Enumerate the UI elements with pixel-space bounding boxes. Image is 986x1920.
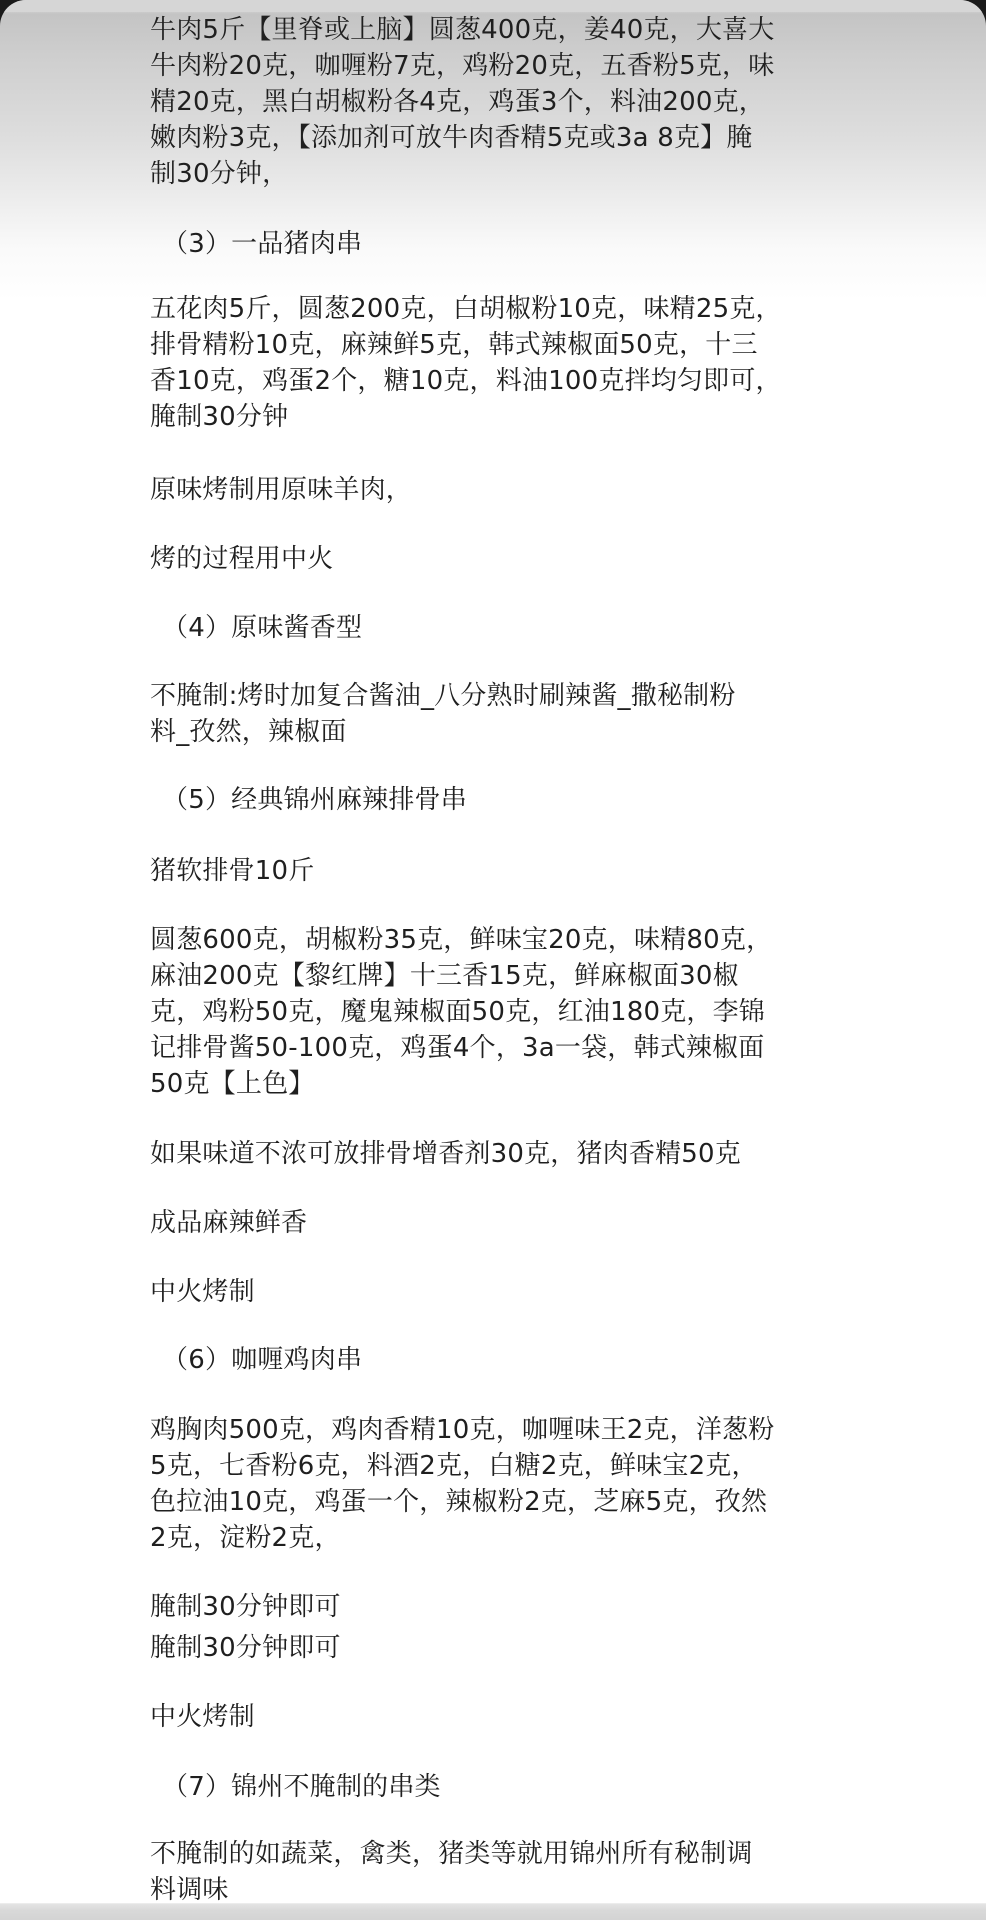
text-line: 记排骨酱50-100克，鸡蛋4个，3a一袋，韩式辣椒面 [150,1030,895,1066]
text-line: 精20克，黑白胡椒粉各4克，鸡蛋3个，料油200克， [150,84,895,120]
text-paragraph: 五花肉5斤，圆葱200克，白胡椒粉10克，味精25克，排骨精粉10克，麻辣鲜5克… [150,291,895,435]
text-line: 克，鸡粉50克，魔鬼辣椒面50克，红油180克，李锦 [150,994,895,1030]
text-line: 成品麻辣鲜香 [150,1205,895,1241]
text-paragraph: 成品麻辣鲜香 [150,1205,895,1241]
text-line: 腌制30分钟即可 [150,1589,895,1625]
text-line: 不腌制:烤时加复合酱油_八分熟时刷辣酱_撒秘制粉 [150,678,895,714]
text-line: 中火烤制 [150,1699,895,1735]
section-heading: （4）原味酱香型 [150,610,907,646]
text-line: （4）原味酱香型 [162,610,907,646]
text-line: 香10克，鸡蛋2个，糖10克，料油100克拌均匀即可， [150,363,895,399]
text-paragraph: 烤的过程用中火 [150,541,895,577]
section-heading: （7）锦州不腌制的串类 [150,1769,907,1805]
text-line: 圆葱600克，胡椒粉35克，鲜味宝20克，味精80克， [150,922,895,958]
text-paragraph: 中火烤制 [150,1699,895,1735]
text-line: 鸡胸肉500克，鸡肉香精10克，咖喱味王2克，洋葱粉 [150,1412,895,1448]
text-line: 腌制30分钟即可 [150,1630,895,1666]
text-paragraph: 腌制30分钟即可 [150,1589,895,1625]
text-line: 排骨精粉10克，麻辣鲜5克，韩式辣椒面50克，十三 [150,327,895,363]
text-line: 猪软排骨10斤 [150,853,895,889]
text-line: 嫩肉粉3克，【添加剂可放牛肉香精5克或3a 8克】腌 [150,120,895,156]
text-paragraph: 原味烤制用原味羊肉， [150,472,895,508]
text-line: 中火烤制 [150,1274,895,1310]
text-paragraph: 如果味道不浓可放排骨增香剂30克，猪肉香精50克 [150,1136,895,1172]
section-heading: （3）一品猪肉串 [150,226,907,262]
text-line: 料_孜然，辣椒面 [150,714,895,750]
text-paragraph: 不腌制的如蔬菜，禽类，猪类等就用锦州所有秘制调料调味 [150,1836,895,1908]
top-edge-band [0,0,986,12]
bottom-edge-bar [0,1903,986,1920]
section-heading: （5）经典锦州麻辣排骨串 [150,782,907,818]
text-line: 制30分钟， [150,156,895,192]
text-paragraph: 腌制30分钟即可 [150,1630,895,1666]
text-paragraph: 圆葱600克，胡椒粉35克，鲜味宝20克，味精80克，麻油200克【黎红牌】十三… [150,922,895,1102]
text-paragraph: 猪软排骨10斤 [150,853,895,889]
text-line: 腌制30分钟 [150,399,895,435]
text-line: 牛肉粉20克，咖喱粉7克，鸡粉20克，五香粉5克，味 [150,48,895,84]
text-paragraph: 牛肉5斤【里脊或上脑】圆葱400克，姜40克，大喜大牛肉粉20克，咖喱粉7克，鸡… [150,12,895,192]
text-line: 原味烤制用原味羊肉， [150,472,895,508]
text-line: 如果味道不浓可放排骨增香剂30克，猪肉香精50克 [150,1136,895,1172]
text-line: （5）经典锦州麻辣排骨串 [162,782,907,818]
text-line: （7）锦州不腌制的串类 [162,1769,907,1805]
text-line: （6）咖喱鸡肉串 [162,1342,907,1378]
document-page: 牛肉5斤【里脊或上脑】圆葱400克，姜40克，大喜大牛肉粉20克，咖喱粉7克，鸡… [0,0,986,1920]
text-line: 不腌制的如蔬菜，禽类，猪类等就用锦州所有秘制调 [150,1836,895,1872]
text-line: （3）一品猪肉串 [162,226,907,262]
text-paragraph: 鸡胸肉500克，鸡肉香精10克，咖喱味王2克，洋葱粉5克，七香粉6克，料酒2克，… [150,1412,895,1556]
text-line: 麻油200克【黎红牌】十三香15克，鲜麻椒面30椒 [150,958,895,994]
text-line: 50克【上色】 [150,1066,895,1102]
text-line: 牛肉5斤【里脊或上脑】圆葱400克，姜40克，大喜大 [150,12,895,48]
text-line: 烤的过程用中火 [150,541,895,577]
text-line: 五花肉5斤，圆葱200克，白胡椒粉10克，味精25克， [150,291,895,327]
text-paragraph: 不腌制:烤时加复合酱油_八分熟时刷辣酱_撒秘制粉料_孜然，辣椒面 [150,678,895,750]
section-heading: （6）咖喱鸡肉串 [150,1342,907,1378]
text-paragraph: 中火烤制 [150,1274,895,1310]
text-line: 色拉油10克，鸡蛋一个，辣椒粉2克，芝麻5克，孜然 [150,1484,895,1520]
text-line: 5克，七香粉6克，料酒2克，白糖2克，鲜味宝2克， [150,1448,895,1484]
text-line: 2克，淀粉2克， [150,1520,895,1556]
